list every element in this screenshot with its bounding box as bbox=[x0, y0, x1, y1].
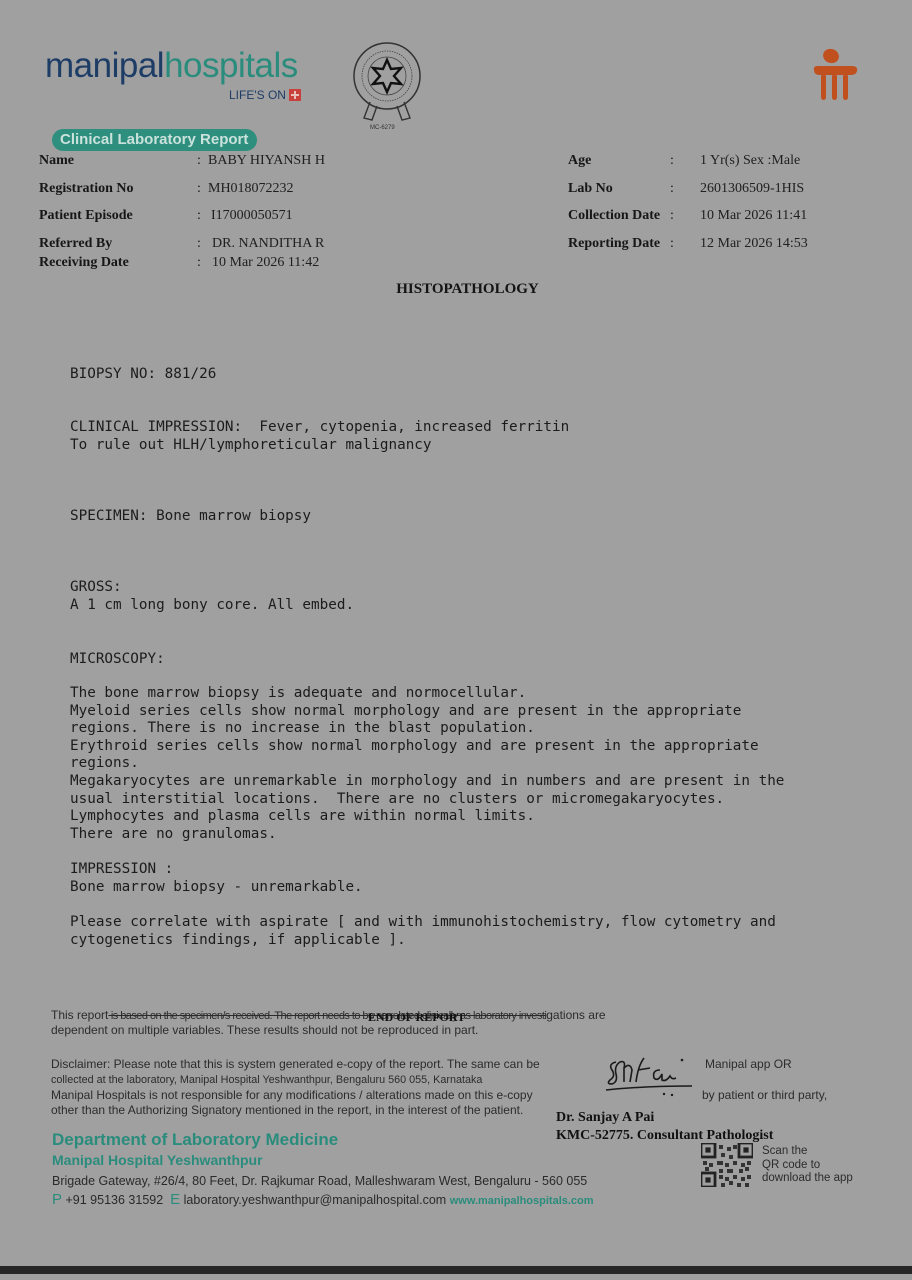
disclaimer-line: Manipal Hospitals is not responsible for… bbox=[51, 1088, 533, 1103]
value-patient-episode: I17000050571 bbox=[211, 208, 293, 224]
note-start: This report bbox=[51, 1008, 108, 1022]
colon: : bbox=[670, 181, 674, 197]
signature-icon bbox=[604, 1052, 696, 1098]
value-receiving-date: 10 Mar 2026 11:42 bbox=[212, 255, 319, 271]
app-text: Manipal app OR bbox=[705, 1057, 792, 1072]
colon: : bbox=[197, 181, 201, 197]
value-reporting-date: 12 Mar 2026 14:53 bbox=[700, 236, 808, 252]
website-link[interactable]: www.manipalhospitals.com bbox=[450, 1195, 594, 1207]
disclaimer-line: Disclaimer: Please note that this is sys… bbox=[51, 1057, 540, 1072]
label-collection-date: Collection Date bbox=[568, 208, 660, 224]
qr-code-icon[interactable] bbox=[701, 1143, 753, 1187]
correlate-line-2: cytogenetics findings, if applicable ]. bbox=[70, 932, 406, 950]
qr-text-line: download the app bbox=[762, 1172, 853, 1186]
microscopy-line: There are no granulomas. bbox=[70, 826, 277, 844]
microscopy-line: regions. bbox=[70, 755, 139, 773]
impression-text: Bone marrow biopsy - unremarkable. bbox=[70, 879, 363, 897]
hospital-address: Brigade Gateway, #26/4, 80 Feet, Dr. Raj… bbox=[52, 1174, 587, 1188]
phone-number[interactable]: +91 95136 31592 bbox=[66, 1193, 164, 1207]
bottom-bar bbox=[0, 1266, 912, 1274]
biopsy-number: BIOPSY NO: 881/26 bbox=[70, 366, 216, 384]
qr-text-line: Scan the bbox=[762, 1145, 853, 1159]
report-note-line-2: dependent on multiple variables. These r… bbox=[51, 1023, 478, 1038]
label-age: Age bbox=[568, 153, 591, 169]
tagline: LIFE'S ON bbox=[229, 88, 301, 102]
correlate-line-1: Please correlate with aspirate [ and wit… bbox=[70, 914, 776, 932]
clinical-impression-line-1: CLINICAL IMPRESSION: Fever, cytopenia, i… bbox=[70, 419, 569, 437]
microscopy-heading: MICROSCOPY: bbox=[70, 651, 165, 669]
contact-line: P +91 95136 31592 E laboratory.yeshwanth… bbox=[52, 1191, 594, 1208]
clinical-impression-line-2: To rule out HLH/lymphoreticular malignan… bbox=[70, 437, 432, 455]
specimen: SPECIMEN: Bone marrow biopsy bbox=[70, 508, 311, 526]
logo-hospitals: hospitals bbox=[164, 46, 298, 85]
note-end: gations are bbox=[546, 1008, 605, 1022]
disclaimer-line: other than the Authorizing Signatory men… bbox=[51, 1103, 523, 1118]
value-lab-no: 2601306509-1HIS bbox=[700, 181, 804, 197]
impression-heading: IMPRESSION : bbox=[70, 861, 173, 879]
manipal-emblem-icon bbox=[810, 48, 860, 106]
report-type-badge: Clinical Laboratory Report bbox=[52, 129, 257, 151]
value-age-sex: 1 Yr(s) Sex :Male bbox=[700, 153, 800, 169]
value-registration-no: MH018072232 bbox=[208, 181, 294, 197]
label-name: Name bbox=[39, 153, 74, 169]
microscopy-line: regions. There is no increase in the bla… bbox=[70, 720, 535, 738]
colon: : bbox=[670, 208, 674, 224]
value-name: BABY HIYANSH H bbox=[208, 153, 325, 169]
manipal-hospitals-logo: manipalhospitals bbox=[45, 46, 298, 86]
seal-caption: MC-6279 bbox=[370, 125, 395, 131]
value-referred-by: DR. NANDITHA R bbox=[212, 236, 324, 252]
third-party-text: by patient or third party, bbox=[700, 1088, 827, 1103]
qr-text-line: QR code to bbox=[762, 1159, 853, 1173]
label-lab-no: Lab No bbox=[568, 181, 613, 197]
microscopy-line: Erythroid series cells show normal morph… bbox=[70, 738, 759, 756]
value-collection-date: 10 Mar 2026 11:41 bbox=[700, 208, 807, 224]
signatory-name: Dr. Sanjay A Pai bbox=[556, 1110, 654, 1126]
label-patient-episode: Patient Episode bbox=[39, 208, 133, 224]
label-reporting-date: Reporting Date bbox=[568, 236, 660, 252]
colon: : bbox=[197, 153, 201, 169]
report-note-line-1: This report is based on the specimen/s r… bbox=[51, 1008, 606, 1024]
disclaimer-line: collected at the laboratory, Manipal Hos… bbox=[51, 1073, 482, 1088]
phone-label: P bbox=[52, 1191, 62, 1208]
tagline-text: LIFE'S ON bbox=[229, 88, 286, 102]
red-cross-icon bbox=[289, 89, 301, 101]
email-address[interactable]: laboratory.yeshwanthpur@manipalhospital.… bbox=[184, 1193, 447, 1207]
label-receiving-date: Receiving Date bbox=[39, 255, 129, 271]
microscopy-line: Myeloid series cells show normal morphol… bbox=[70, 703, 741, 721]
note-struck: is based on the specimen/s received. The… bbox=[108, 1010, 546, 1022]
logo-manipal: manipal bbox=[45, 46, 164, 85]
microscopy-line: Megakaryocytes are unremarkable in morph… bbox=[70, 773, 784, 791]
colon: : bbox=[197, 208, 201, 224]
department-title: Department of Laboratory Medicine bbox=[52, 1130, 338, 1150]
signatory-role: KMC-52775. Consultant Pathologist bbox=[556, 1128, 773, 1144]
label-referred-by: Referred By bbox=[39, 236, 112, 252]
colon: : bbox=[670, 153, 674, 169]
accreditation-seal-icon bbox=[350, 38, 425, 133]
microscopy-line: The bone marrow biopsy is adequate and n… bbox=[70, 685, 526, 703]
microscopy-line: usual interstitial locations. There are … bbox=[70, 791, 724, 809]
section-title: HISTOPATHOLOGY bbox=[0, 281, 912, 298]
qr-instructions: Scan the QR code to download the app bbox=[762, 1145, 853, 1186]
gross-text: A 1 cm long bony core. All embed. bbox=[70, 597, 354, 615]
hospital-branch: Manipal Hospital Yeshwanthpur bbox=[52, 1152, 263, 1168]
colon: : bbox=[670, 236, 674, 252]
microscopy-line: Lymphocytes and plasma cells are within … bbox=[70, 808, 535, 826]
colon: : bbox=[197, 255, 201, 271]
colon: : bbox=[197, 236, 201, 252]
email-label: E bbox=[170, 1191, 180, 1208]
label-registration-no: Registration No bbox=[39, 181, 134, 197]
gross-heading: GROSS: bbox=[70, 579, 122, 597]
